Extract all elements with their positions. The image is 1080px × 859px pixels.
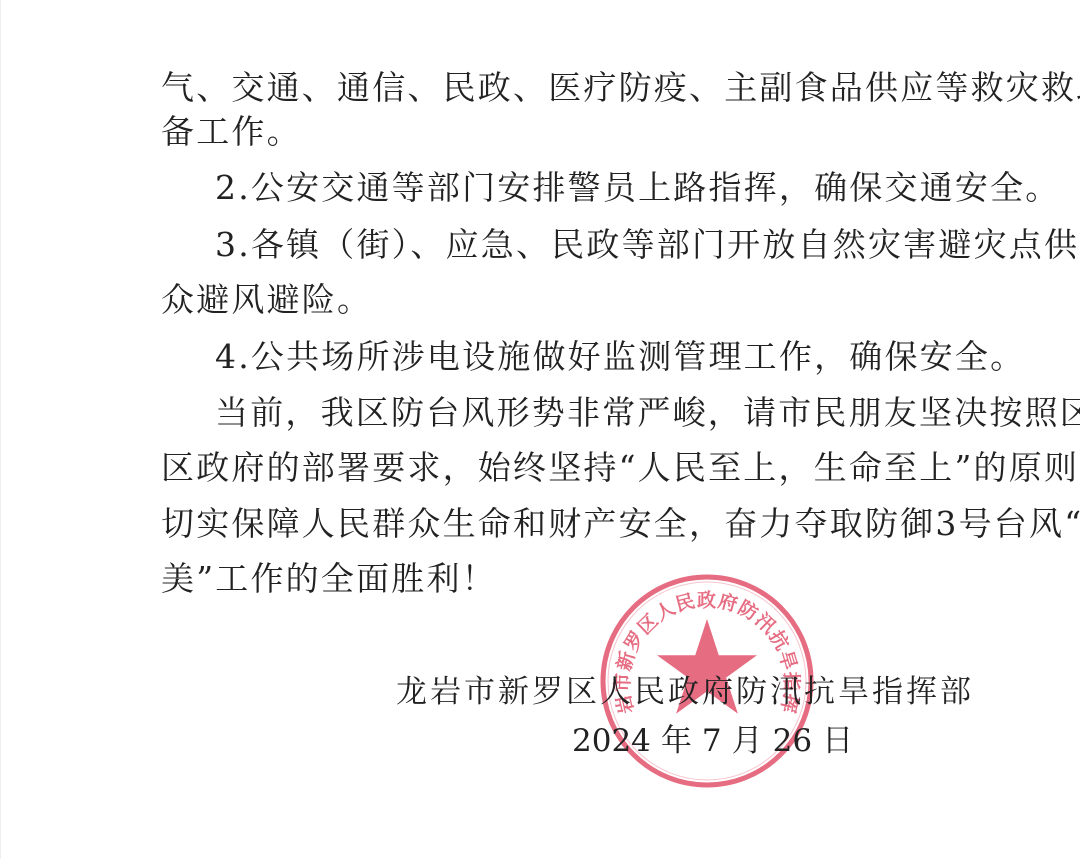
- date-day: 26: [773, 721, 812, 761]
- closing-paragraph-line: 切实保障人民群众生命和财产安全，奋力夺取防御3号台风“格: [161, 504, 1080, 544]
- date-year-unit: 年: [661, 721, 692, 761]
- issue-date: 2024年7月26日: [572, 721, 853, 761]
- date-day-unit: 日: [822, 721, 853, 761]
- date-year: 2024: [572, 721, 651, 761]
- date-month-unit: 月: [732, 721, 763, 761]
- list-item-3: 3.各镇（街）、应急、民政等部门开放自然灾害避灾点供群: [215, 225, 1080, 265]
- paragraph-line: 备工作。: [161, 112, 302, 152]
- closing-paragraph-line: 当前，我区防台风形势非常严峻，请市民朋友坚决按照区委: [215, 393, 1080, 433]
- paragraph-line: 气、交通、通信、民政、医疗防疫、主副食品供应等救灾救助准: [161, 68, 1080, 108]
- date-month: 7: [702, 721, 722, 761]
- closing-paragraph-line: 美”工作的全面胜利！: [161, 559, 497, 599]
- issuing-organization: 龙岩市新罗区人民政府防汛抗旱指挥部: [396, 672, 974, 712]
- list-item-2: 2.公安交通等部门安排警员上路指挥，确保交通安全。: [215, 168, 1061, 208]
- closing-paragraph-line: 区政府的部署要求，始终坚持“人民至上，生命至上”的原则，: [161, 448, 1080, 488]
- document-page: 气、交通、通信、民政、医疗防疫、主副食品供应等救灾救助准 备工作。 2.公安交通…: [0, 0, 1080, 859]
- list-item-4: 4.公共场所涉电设施做好监测管理工作，确保安全。: [215, 337, 1025, 377]
- list-item-3-continued: 众避风避险。: [161, 280, 372, 320]
